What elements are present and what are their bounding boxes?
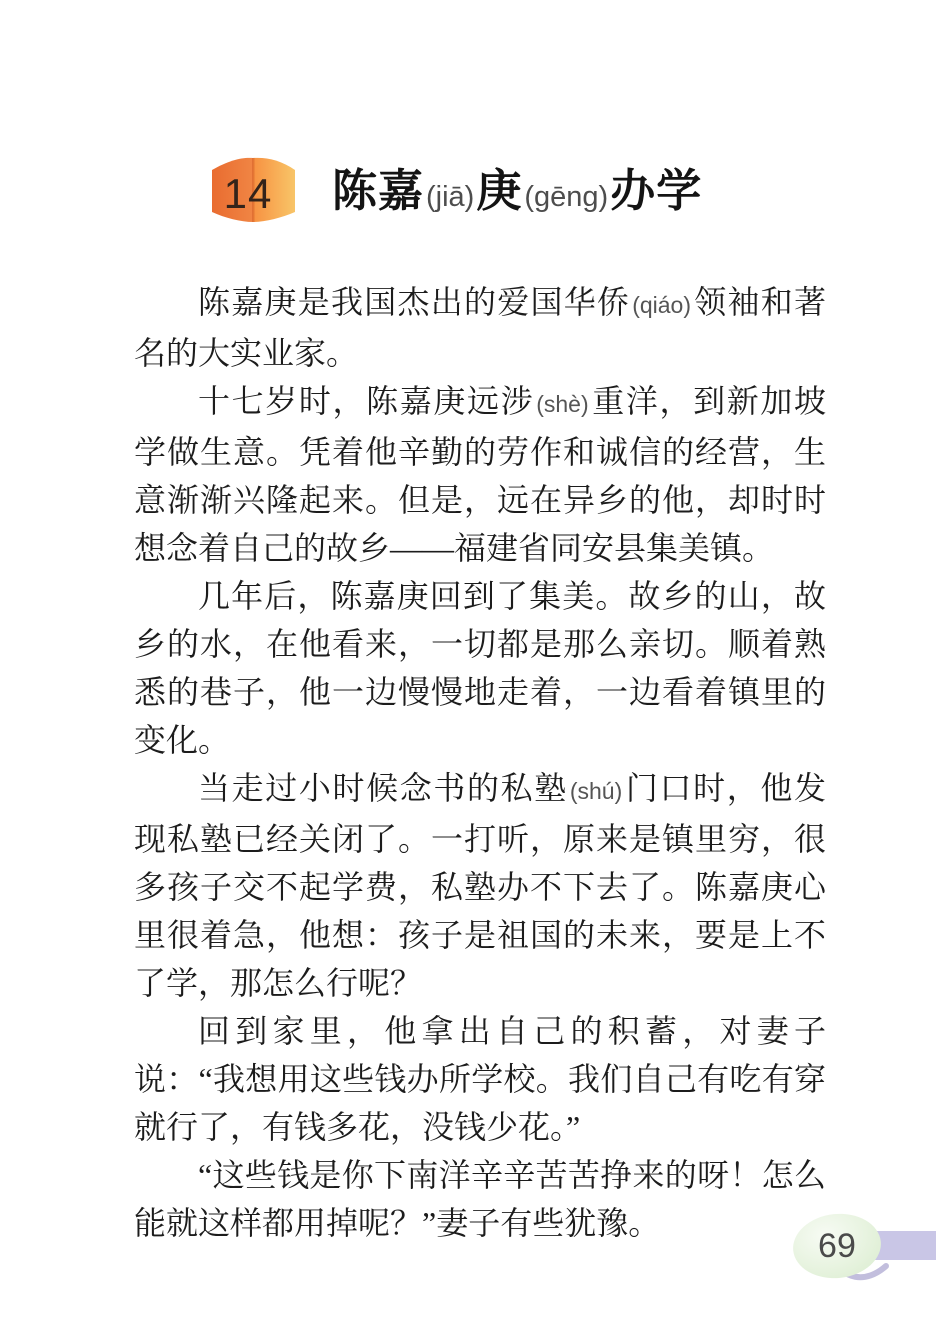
page-number: 69: [818, 1227, 856, 1266]
pinyin-annotation: (jiā): [424, 181, 476, 213]
pinyin-annotation: (shè): [534, 391, 590, 417]
text-run: 回到家里，他拿出自己的积蓄，对妻子说：“我想用这些钱办所学校。我们自己有吃有穿就…: [134, 1013, 826, 1145]
text-run: 几年后，陈嘉庚回到了集美。故乡的山，故乡的水，在他看来，一切都是那么亲切。顺着熟…: [134, 578, 826, 758]
text-run: 十七岁时，陈嘉庚远涉: [198, 383, 534, 419]
lesson-header: 14 陈嘉(jiā)庚(gēng)办学: [202, 146, 702, 242]
lesson-number-badge: 14: [202, 149, 306, 239]
paragraph: 陈嘉庚是我国杰出的爱国华侨(qiáo)领袖和著名的大实业家。: [134, 278, 826, 377]
text-run: 当走过小时候念书的私塾: [198, 770, 568, 806]
lesson-title: 陈嘉(jiā)庚(gēng)办学: [332, 146, 702, 242]
lesson-body: 陈嘉庚是我国杰出的爱国华侨(qiáo)领袖和著名的大实业家。十七岁时，陈嘉庚远涉…: [134, 278, 826, 1247]
textbook-page: 14 陈嘉(jiā)庚(gēng)办学 陈嘉庚是我国杰出的爱国华侨(qiáo)领…: [0, 0, 936, 1324]
text-run: 办学: [610, 166, 702, 216]
lesson-number: 14: [202, 155, 294, 233]
paragraph: “这些钱是你下南洋辛辛苦苦挣来的呀！怎么能就这样都用掉呢？”妻子有些犹豫。: [134, 1151, 826, 1247]
pinyin-annotation: (shú): [568, 778, 624, 804]
text-run: “这些钱是你下南洋辛辛苦苦挣来的呀！怎么能就这样都用掉呢？”妻子有些犹豫。: [134, 1157, 826, 1241]
text-run: 陈嘉: [332, 166, 424, 216]
text-run: 陈嘉庚是我国杰出的爱国华侨: [198, 284, 630, 320]
paragraph: 回到家里，他拿出自己的积蓄，对妻子说：“我想用这些钱办所学校。我们自己有吃有穿就…: [134, 1007, 826, 1151]
paragraph: 几年后，陈嘉庚回到了集美。故乡的山，故乡的水，在他看来，一切都是那么亲切。顺着熟…: [134, 572, 826, 764]
paragraph: 当走过小时候念书的私塾(shú)门口时，他发现私塾已经关闭了。一打听，原来是镇里…: [134, 764, 826, 1007]
pinyin-annotation: (qiáo): [630, 292, 693, 318]
paragraph: 十七岁时，陈嘉庚远涉(shè)重洋，到新加坡学做生意。凭着他辛勤的劳作和诚信的经…: [134, 377, 826, 572]
text-run: 庚: [476, 166, 522, 216]
pinyin-annotation: (gēng): [522, 181, 610, 213]
